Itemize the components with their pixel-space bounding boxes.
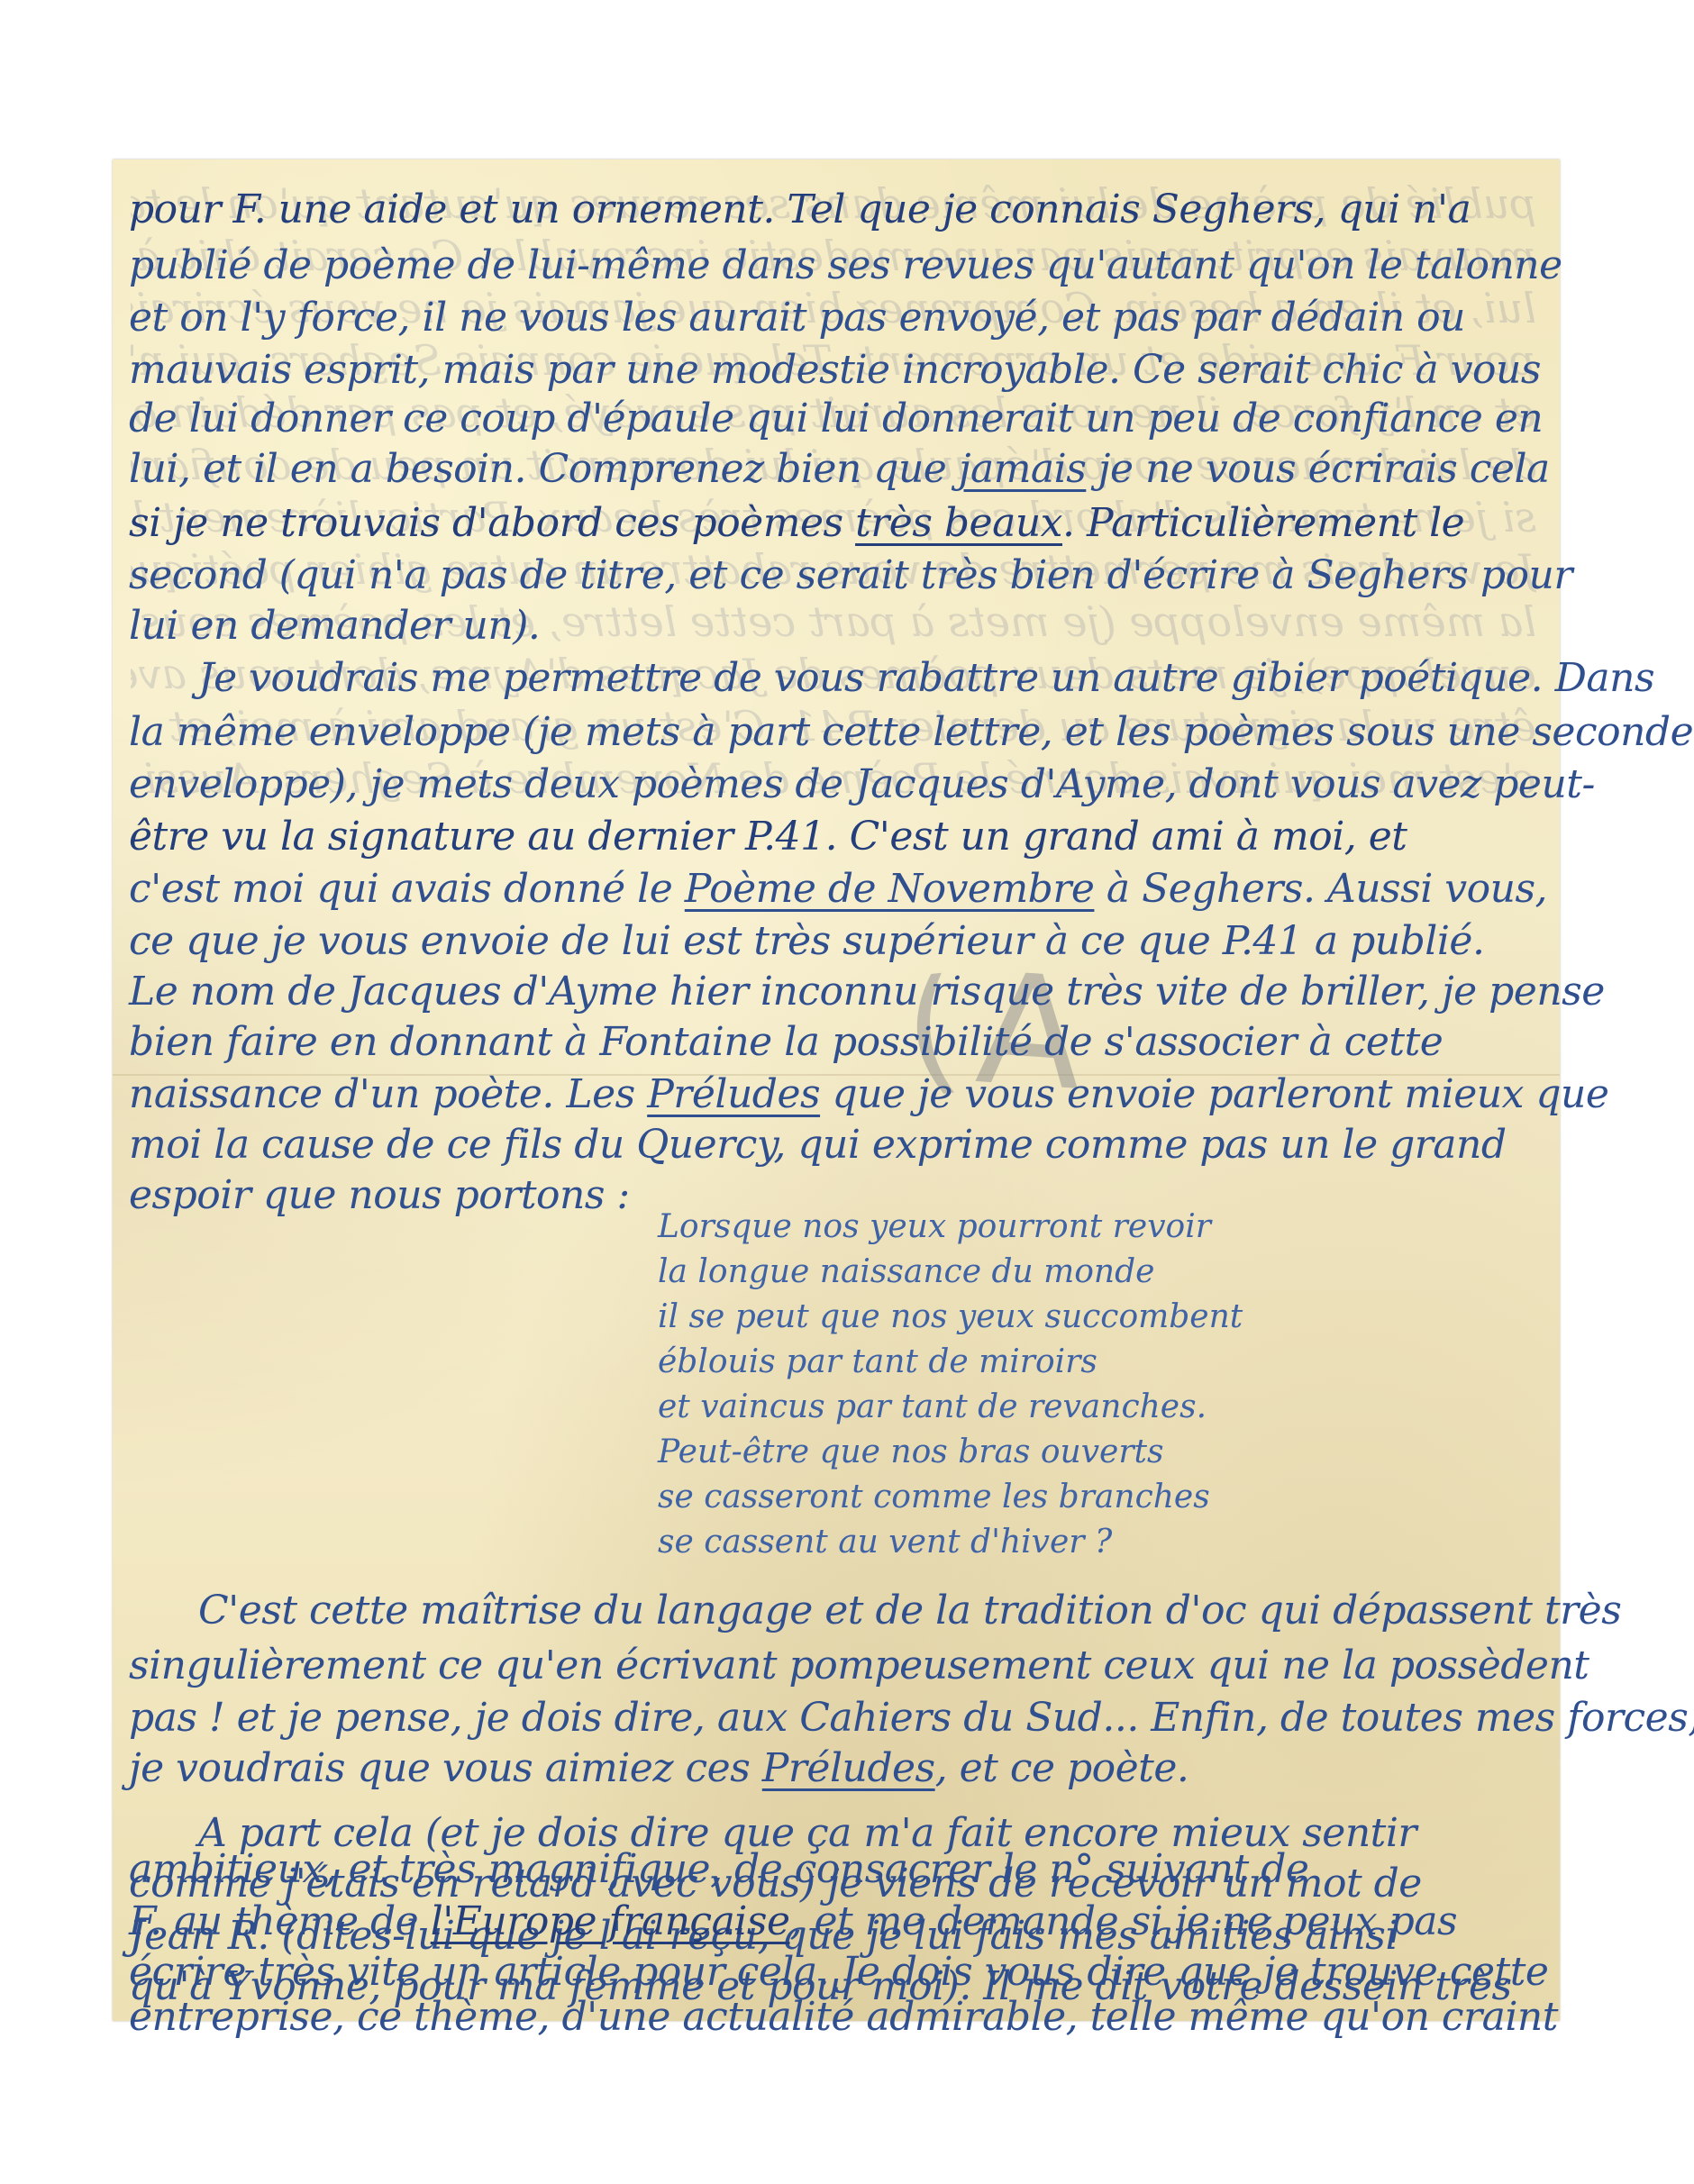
letter-line: singulièrement ce qu'en écrivant pompeus… xyxy=(129,1643,1589,1688)
letter-line: Le nom de Jacques d'Ayme hier inconnu ri… xyxy=(129,969,1605,1015)
letter-line: la même enveloppe (je mets à part cette … xyxy=(129,709,1693,755)
letter-line: écrire très vite un article pour cela. J… xyxy=(129,1949,1548,1995)
quoted-poem: Lorsque nos yeux pourront revoir la long… xyxy=(658,1060,1243,1565)
letter-line: mauvais esprit, mais par une modestie in… xyxy=(129,347,1541,393)
underlined-title: Poème de Novembre xyxy=(685,866,1095,912)
letter-line: être vu la signature au dernier P.41. C'… xyxy=(129,814,1407,860)
letter-line: enveloppe), je mets deux poèmes de Jacqu… xyxy=(129,761,1595,807)
poem-line: il se peut que nos yeux succombent xyxy=(658,1295,1243,1340)
letter-line: second (qui n'a pas de titre, et ce sera… xyxy=(129,552,1572,598)
letter-line: Je voudrais me permettre de vous rabattr… xyxy=(198,655,1654,701)
letter-line: pas ! et je pense, je dois dire, aux Cah… xyxy=(129,1695,1694,1741)
text-run: je ne vous écrirais cela xyxy=(1086,446,1549,492)
letter-page: publié de poème de lui-même dans ses rev… xyxy=(113,159,1560,2021)
text-run: je voudrais que vous aimiez ces xyxy=(129,1745,762,1791)
text-run: , et me demande si je ne peux pas xyxy=(790,1898,1458,1944)
letter-line: F. au thème de l'Europe française, et me… xyxy=(129,1898,1457,1944)
poem-line: Lorsque nos yeux pourront revoir xyxy=(658,1205,1243,1250)
underlined-title: l'Europe française xyxy=(431,1898,790,1944)
letter-line: de lui donner ce coup d'épaule qui lui d… xyxy=(129,396,1543,441)
letter-line: je voudrais que vous aimiez ces Préludes… xyxy=(129,1745,1189,1791)
poem-line: et vaincus par tant de revanches. xyxy=(658,1385,1243,1430)
letter-line: ce que je vous envoie de lui est très su… xyxy=(129,918,1484,964)
text-run: . Particulièrement le xyxy=(1062,500,1464,546)
text-run: lui, et il en a besoin. Comprenez bien q… xyxy=(129,446,959,492)
text-run: , et ce poète. xyxy=(935,1745,1189,1791)
underlined-title: Préludes xyxy=(762,1745,935,1791)
letter-line: si je ne trouvais d'abord ces poèmes trè… xyxy=(129,500,1464,546)
letter-line: entreprise, ce thème, d'une actualité ad… xyxy=(129,1994,1558,2040)
letter-line: bien faire en donnant à Fontaine la poss… xyxy=(129,1019,1443,1065)
underlined-word: jamais xyxy=(959,446,1086,492)
text-run: à Seghers. Aussi vous, xyxy=(1094,866,1547,912)
letter-line: pour F. une aide et un ornement. Tel que… xyxy=(129,187,1471,232)
poem-line: éblouis par tant de miroirs xyxy=(658,1340,1243,1385)
poem-line: se casseront comme les branches xyxy=(658,1475,1243,1520)
underlined-word: très beaux xyxy=(855,500,1062,546)
letter-line: et on l'y force, il ne vous les aurait p… xyxy=(129,295,1465,341)
letter-line: espoir que nous portons : xyxy=(129,1172,630,1218)
poem-line: la longue naissance du monde xyxy=(658,1250,1243,1295)
letter-line: c'est moi qui avais donné le Poème de No… xyxy=(129,866,1547,912)
poem-line: se cassent au vent d'hiver ? xyxy=(658,1520,1243,1565)
text-run: naissance d'un poète. Les xyxy=(129,1071,647,1117)
letter-line: ambitieux, et très magnifique, de consac… xyxy=(129,1846,1308,1892)
poem-line: Peut-être que nos bras ouverts xyxy=(658,1430,1243,1475)
letter-line: publié de poème de lui-même dans ses rev… xyxy=(129,242,1562,288)
text-run: F. au thème de xyxy=(129,1898,431,1944)
letter-line: C'est cette maîtrise du langage et de la… xyxy=(198,1588,1621,1633)
letter-line: lui, et il en a besoin. Comprenez bien q… xyxy=(129,446,1550,492)
text-run: c'est moi qui avais donné le xyxy=(129,866,685,912)
letter-line: lui en demander un). xyxy=(129,603,540,649)
text-run: si je ne trouvais d'abord ces poèmes xyxy=(129,500,855,546)
